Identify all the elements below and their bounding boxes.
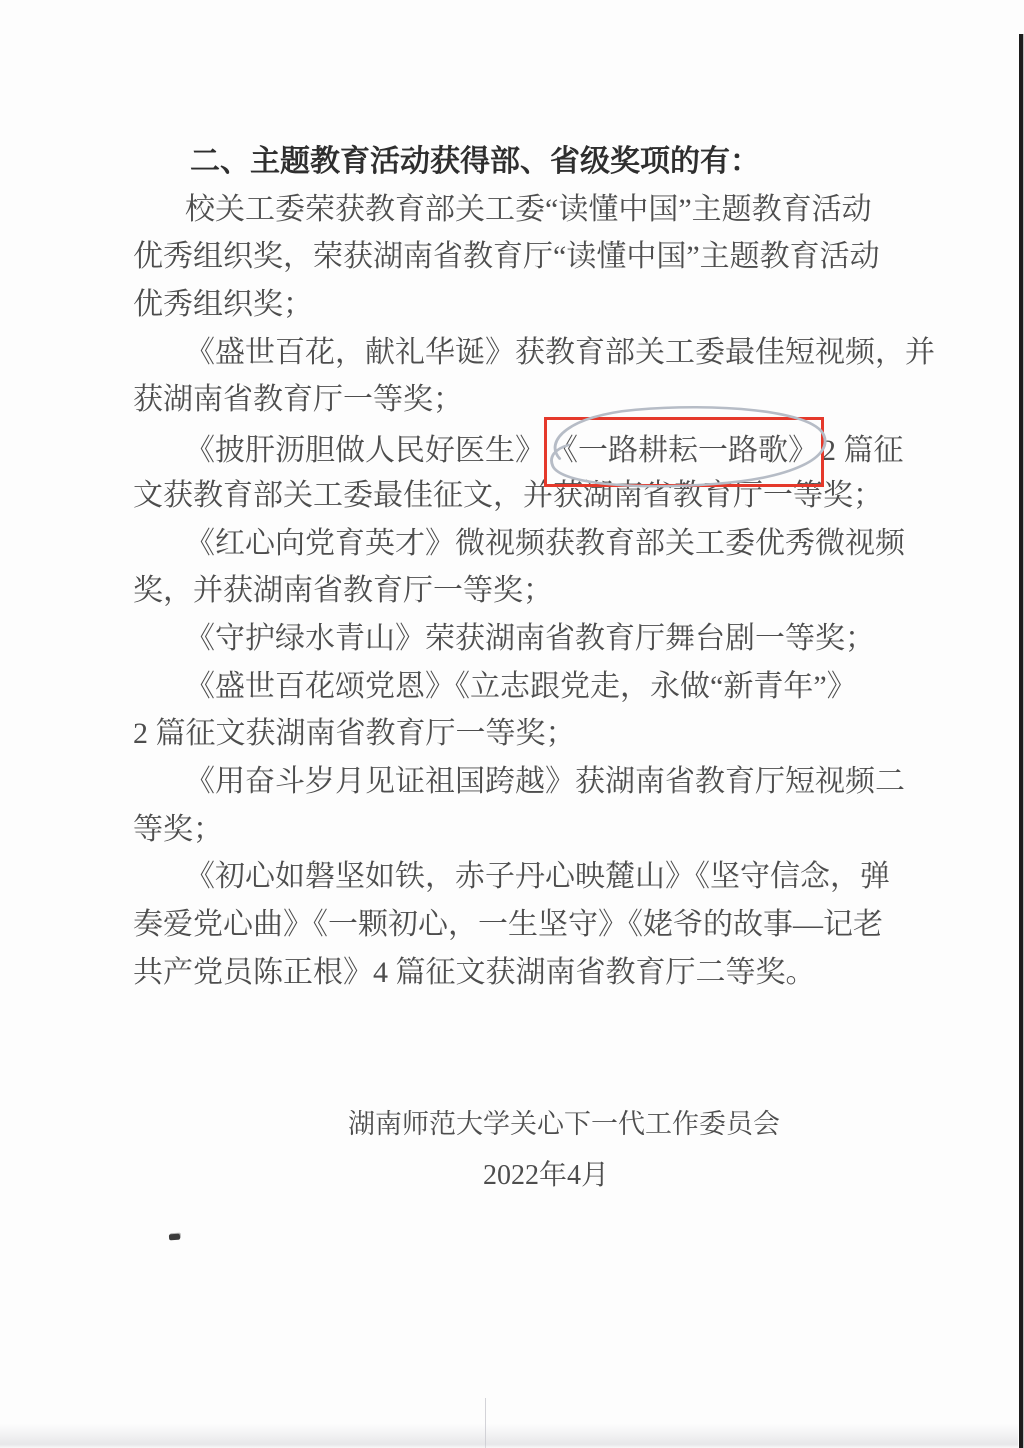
document-body: 二、主题教育活动获得部、省级奖项的有： 校关工委荣获教育部关工委“读懂中国”主题… (133, 138, 903, 996)
text-line: 优秀组织奖； (133, 281, 903, 329)
text-line: 共产党员陈正根》4 篇征文获湖南省教育厅二等奖。 (133, 949, 903, 997)
signature-organization: 湖南师范大学关心下一代工作委员会 (348, 1104, 780, 1144)
highlight-line-after: 2 篇征 (821, 434, 904, 467)
text-line: 《盛世百花，献礼华诞》获教育部关工委最佳短视频，并 (133, 329, 903, 377)
section-heading: 二、主题教育活动获得部、省级奖项的有： (133, 138, 903, 186)
scan-bottom-shadow (0, 1424, 1018, 1448)
text-line: 奖，并获湖南省教育厅一等奖； (133, 567, 903, 615)
highlighted-title: 《一路耕耘一路歌》 (548, 434, 818, 467)
text-line: 《盛世百花颂党恩》《立志跟党走，永做“新青年”》 (133, 663, 903, 711)
highlight-line-before: 《披肝沥胆做人民好医生》 (185, 434, 545, 467)
text-line: 奏爱党心曲》《一颗初心，一生坚守》《姥爷的故事—记老 (133, 901, 903, 949)
ink-speck (169, 1234, 180, 1241)
signature-date: 2022年4月 (483, 1156, 609, 1196)
red-highlight-box: 《一路耕耘一路歌》 (544, 417, 824, 487)
text-line: 《守护绿水青山》荣获湖南省教育厅舞台剧一等奖； (133, 615, 903, 663)
text-line: 《用奋斗岁月见证祖国跨越》获湖南省教育厅短视频二 (133, 758, 903, 806)
text-line: 《红心向党育英才》微视频获教育部关工委优秀微视频 (133, 520, 903, 568)
text-line: 2 篇征文获湖南省教育厅一等奖； (133, 710, 903, 758)
text-line: 优秀组织奖，荣获湖南省教育厅“读懂中国”主题教育活动 (133, 233, 903, 281)
text-line-with-highlight: 《披肝沥胆做人民好医生》 《一路耕耘一路歌》2 篇征 (133, 424, 903, 472)
text-line: 《初心如磐坚如铁，赤子丹心映麓山》《坚守信念，弹 (133, 853, 903, 901)
text-line: 校关工委荣获教育部关工委“读懂中国”主题教育活动 (133, 186, 903, 234)
text-line: 等奖； (133, 806, 903, 854)
scanned-document-page: 二、主题教育活动获得部、省级奖项的有： 校关工委荣获教育部关工委“读懂中国”主题… (0, 0, 1024, 1448)
